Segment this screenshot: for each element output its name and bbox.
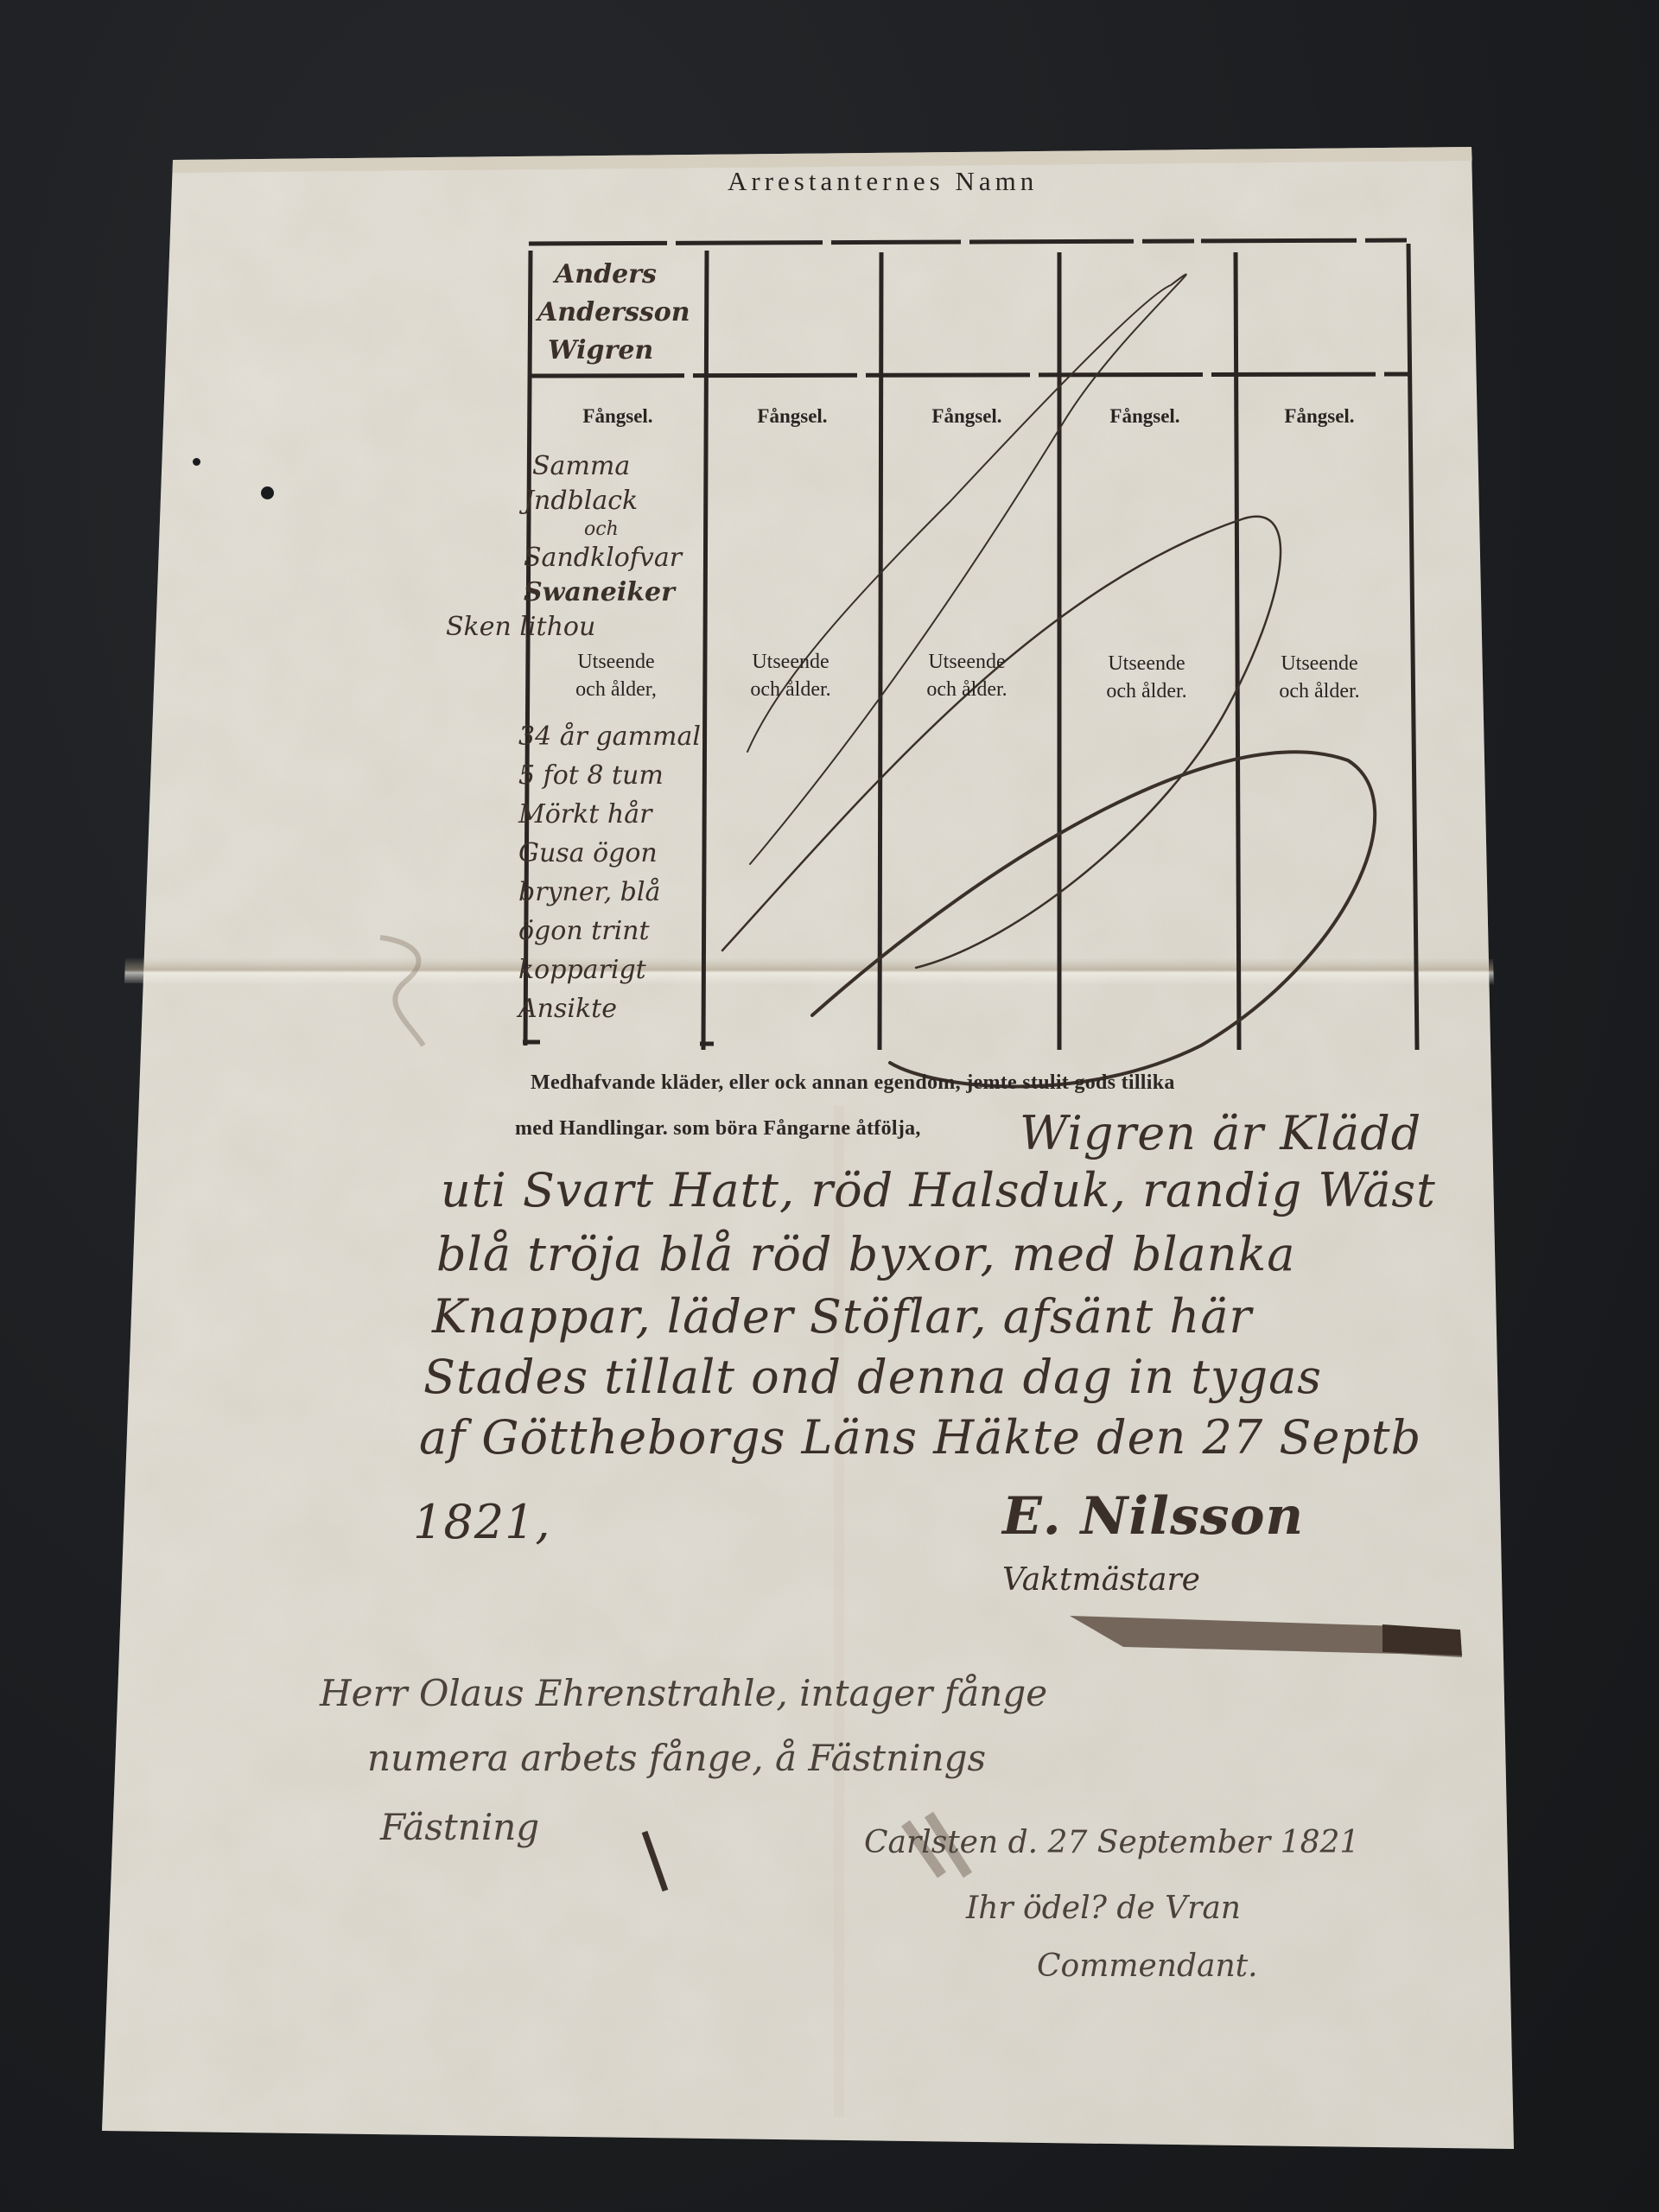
note-closing-title: Commendant.: [1037, 1948, 1258, 1984]
note-line-3: Fästning: [380, 1806, 539, 1848]
body-line-3: blå tröja blå röd byxor, med blanka: [436, 1227, 1295, 1281]
belongings-caption-line1: Medhafvande kläder, eller ock annan egen…: [531, 1071, 1175, 1095]
prison-line: Sandklofvar: [524, 541, 682, 575]
appearance-line1: Utseende: [885, 648, 1049, 676]
appearance-line2: och ålder.: [885, 676, 1049, 703]
appearance-label-4: Utseende och ålder.: [1065, 650, 1229, 705]
body-line-5: Stades tillalt ond denna dag in tygas: [423, 1350, 1322, 1404]
appearance-line2: och ålder.: [709, 676, 873, 703]
appearance-line: Ansikte: [518, 989, 701, 1028]
note-place-date: Carlsten d. 27 September 1821: [864, 1825, 1359, 1860]
appearance-label-3: Utseende och ålder.: [885, 648, 1049, 703]
appearance-label-5: Utseende och ålder.: [1237, 650, 1402, 705]
appearance-label-2: Utseende och ålder.: [709, 648, 873, 703]
appearance-line: kopparigt: [518, 950, 701, 989]
appearance-line1: Utseende: [1065, 650, 1229, 677]
appearance-label-1: Utseende och ålder,: [534, 648, 698, 703]
body-line-1: Wigren är Klädd: [1020, 1106, 1421, 1160]
body-line-7: 1821,: [413, 1495, 551, 1549]
appearance-line: Mörkt hår: [518, 795, 701, 834]
appearance-line1: Utseende: [709, 648, 873, 676]
name-line: Andersson: [537, 294, 690, 332]
jailer-signature: E. Nilsson: [1002, 1486, 1304, 1547]
body-line-4: Knappar, läder Stöflar, afsänt här: [432, 1289, 1252, 1344]
prison-line: Sken lithou: [446, 610, 682, 645]
prison-line: och: [584, 518, 682, 541]
appearance-line: bryner, blå: [518, 873, 701, 912]
jailer-title: Vaktmästare: [1002, 1562, 1200, 1598]
prison-line: Samma: [532, 449, 682, 484]
prison-line: Jndblack: [524, 484, 682, 518]
prison-label-4: Fångsel.: [1063, 403, 1227, 430]
prison-label-3: Fångsel.: [885, 403, 1049, 430]
appearance-line: Gusa ögon: [518, 834, 701, 873]
name-line: Wigren: [548, 332, 690, 370]
appearance-line: 34 år gammal: [518, 717, 701, 756]
prison-label-2: Fångsel.: [710, 403, 874, 430]
appearance-line1: Utseende: [1237, 650, 1402, 677]
document-photo: Arrestanternes Namn: [0, 0, 1659, 2212]
form-title: Arrestanternes Namn: [728, 166, 1038, 197]
note-closing: Ihr ödel? de Vran: [966, 1891, 1241, 1926]
appearance-line2: och ålder.: [1065, 677, 1229, 705]
appearance-line: 5 fot 8 tum: [518, 756, 701, 795]
arrestee-name: Anders Andersson Wigren: [537, 256, 690, 370]
note-line-2: numera arbets fånge, å Fästnings: [367, 1737, 986, 1779]
prison-label-1: Fångsel.: [536, 403, 700, 430]
pin-hole: [193, 458, 200, 466]
note-line-1: Herr Olaus Ehrenstrahle, intager fånge: [320, 1672, 1047, 1714]
appearance-entry: 34 år gammal 5 fot 8 tum Mörkt hår Gusa …: [518, 717, 701, 1028]
prison-entry: Samma Jndblack och Sandklofvar Swaneiker…: [524, 449, 682, 645]
belongings-caption-line2: med Handlingar. som böra Fångarne åtfölj…: [515, 1117, 921, 1141]
appearance-line1: Utseende: [534, 648, 698, 676]
name-line: Anders: [555, 256, 690, 294]
appearance-line2: och ålder.: [1237, 677, 1402, 705]
pin-hole: [261, 486, 274, 499]
prison-line: Swaneiker: [524, 575, 682, 610]
appearance-line: ögon trint: [518, 912, 701, 950]
body-line-2: uti Svart Hatt, röd Halsduk, randig Wäst: [441, 1163, 1436, 1217]
prison-label-5: Fångsel.: [1237, 403, 1402, 430]
appearance-line2: och ålder,: [534, 676, 698, 703]
body-line-6: af Göttheborgs Läns Häkte den 27 Septb: [419, 1410, 1421, 1465]
